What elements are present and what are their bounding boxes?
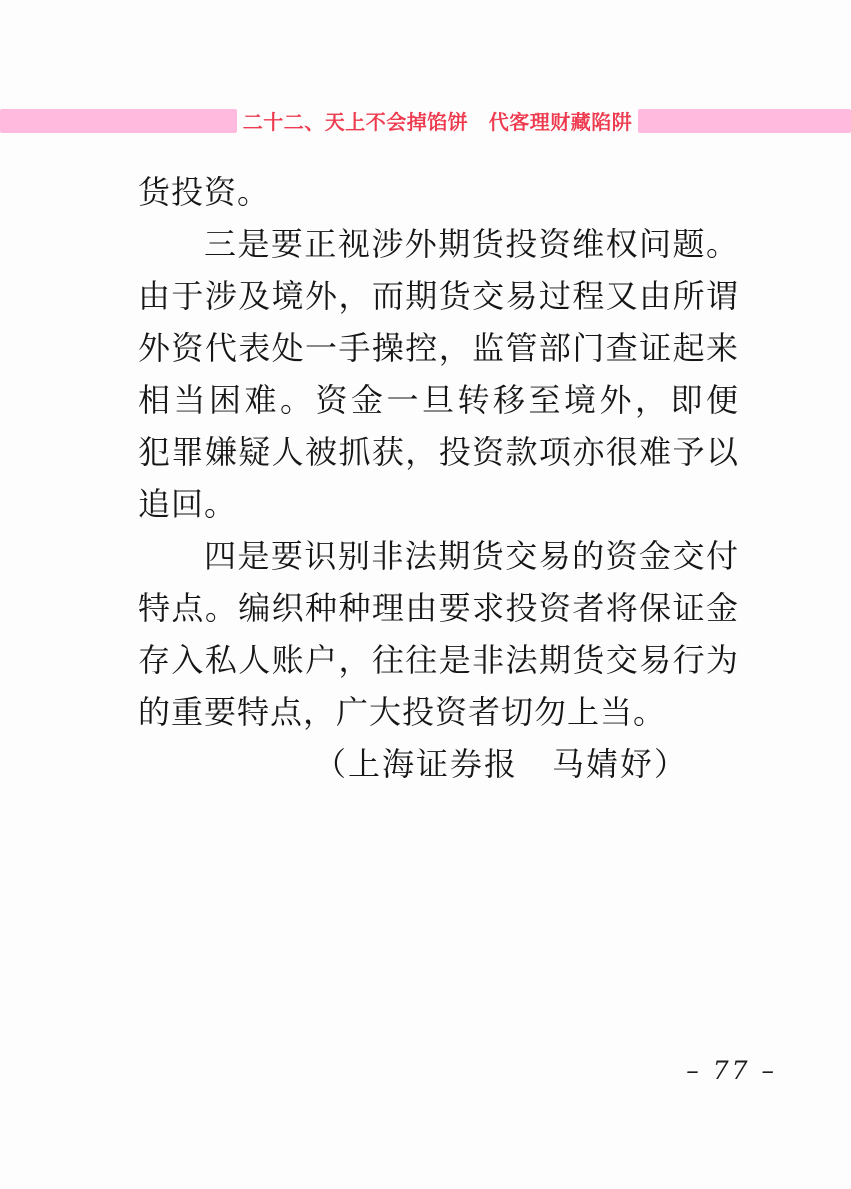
text-line: 特点。编织种种理由要求投资者将保证金 [138, 582, 738, 634]
text-line: 由于涉及境外，而期货交易过程又由所谓 [138, 270, 738, 322]
text-line: 的重要特点，广大投资者切勿上当。 [138, 686, 738, 738]
text-line: 相当困难。资金一旦转移至境外，即便 [138, 374, 738, 426]
text-line: 外资代表处一手操控，监管部门查证起来 [138, 322, 738, 374]
text-line: 存入私人账户，往往是非法期货交易行为 [138, 634, 738, 686]
book-page: 二十二、天上不会掉馅饼 代客理财藏陷阱 货投资。 三是要正视涉外期货投资维权问题… [0, 0, 851, 1189]
attribution-line: （上海证券报 马婧妤） [138, 738, 738, 790]
text-line: 犯罪嫌疑人被抓获，投资款项亦很难予以 [138, 426, 738, 478]
text-line: 三是要正视涉外期货投资维权问题。 [138, 218, 738, 270]
body-text: 货投资。 三是要正视涉外期货投资维权问题。 由于涉及境外，而期货交易过程又由所谓… [138, 166, 738, 790]
text-line: 四是要识别非法期货交易的资金交付 [138, 530, 738, 582]
page-number: – 77 – [686, 1056, 777, 1085]
text-line: 货投资。 [138, 166, 738, 218]
header-bar-right [638, 109, 851, 133]
header-bar-left [0, 109, 237, 133]
chapter-title: 二十二、天上不会掉馅饼 代客理财藏陷阱 [237, 106, 638, 135]
chapter-header: 二十二、天上不会掉馅饼 代客理财藏陷阱 [0, 107, 851, 134]
text-line: 追回。 [138, 478, 738, 530]
